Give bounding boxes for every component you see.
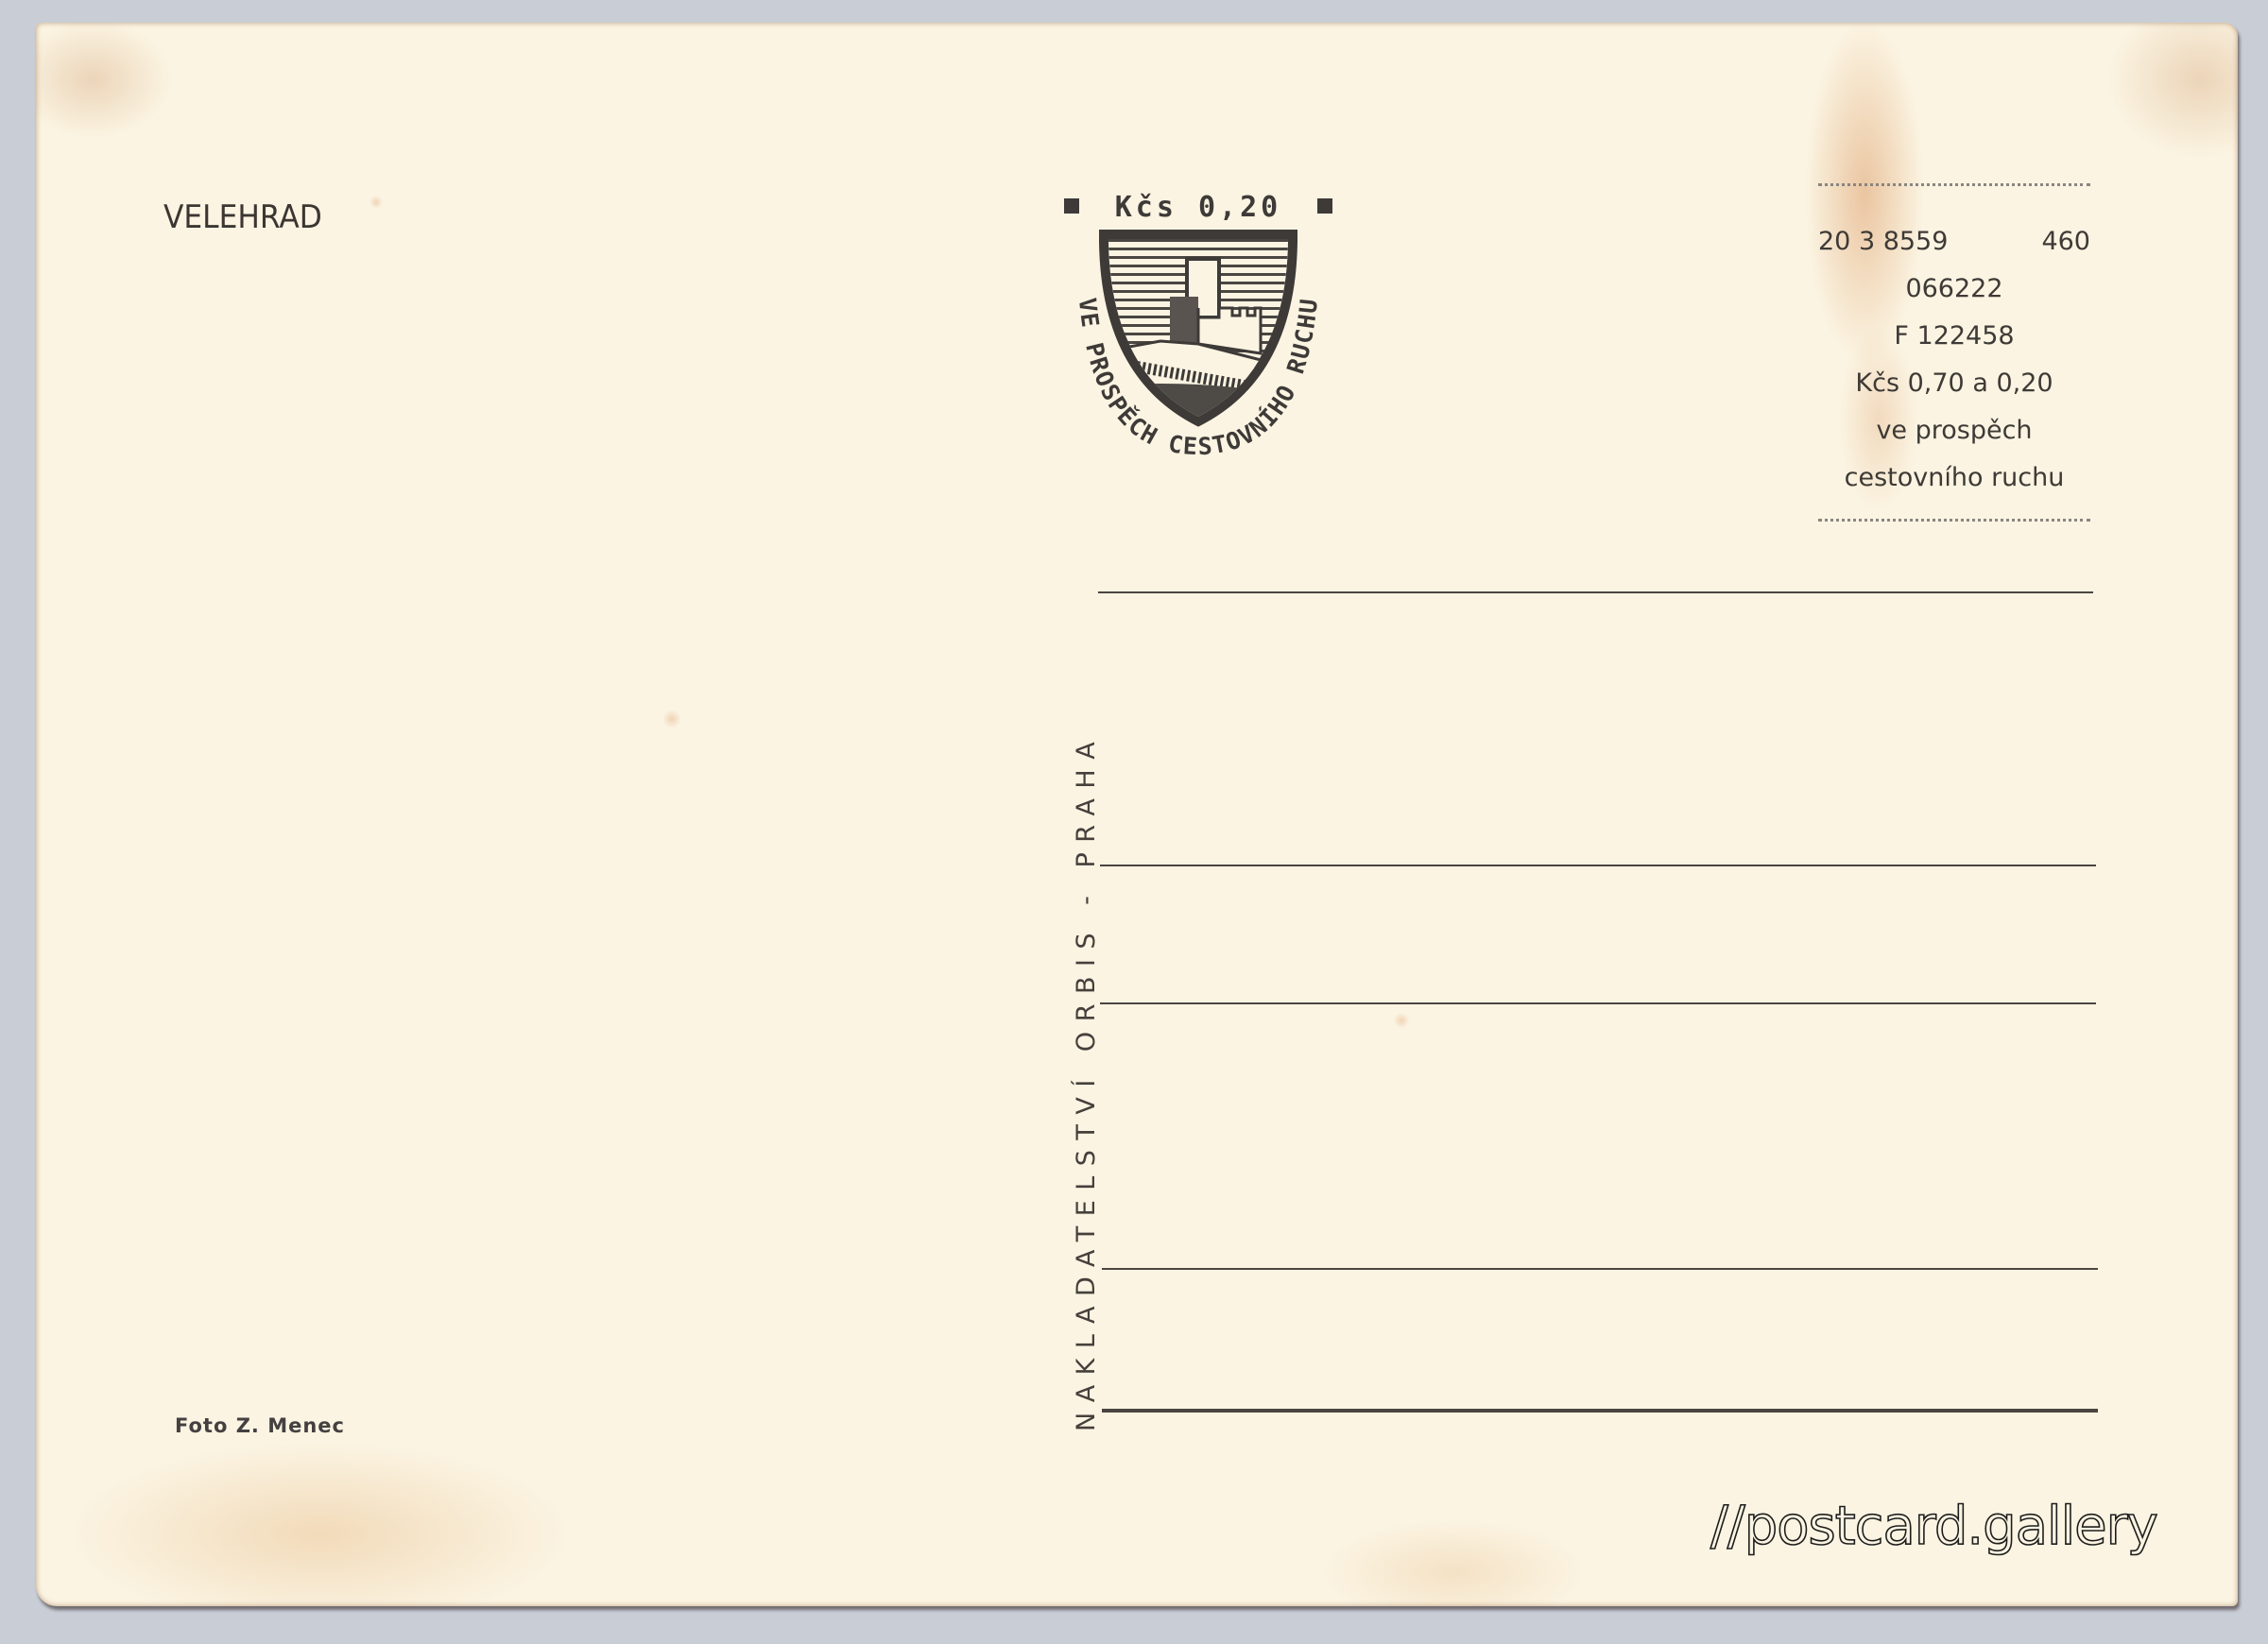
info-line: F 122458 (1813, 313, 2096, 360)
code-right: 460 (2041, 218, 2090, 265)
code-left: 20 3 8559 (1818, 218, 1948, 265)
tax-stamp: Kčs 0,20 VE PROSPĚCH CESTOVNÍHO RUCHU (1057, 185, 1340, 469)
svg-text:Kčs 0,20: Kčs 0,20 (1115, 191, 1282, 224)
dotted-divider-top (1818, 183, 2090, 186)
info-line: cestovního ruchu (1813, 454, 2096, 502)
publisher-imprint: NAKLADATELSTVÍ ORBIS - PRAHA (1072, 609, 1101, 1431)
castle-shield-icon: Kčs 0,20 VE PROSPĚCH CESTOVNÍHO RUCHU (1057, 185, 1340, 469)
postcard-back: VELEHRAD Kčs 0,20 VE PROSPĚCH CESTOVNÍHO… (36, 23, 2238, 1606)
address-line (1100, 1002, 2096, 1004)
info-line: Kčs 0,70 a 0,20 (1813, 360, 2096, 407)
dotted-divider-bottom (1818, 519, 2090, 522)
address-line (1100, 865, 2096, 866)
address-line (1102, 1268, 2098, 1270)
address-line (1098, 591, 2093, 593)
place-title: VELEHRAD (163, 198, 322, 236)
info-block: 20 3 8559 460 066222 F 122458 Kčs 0,70 a… (1813, 183, 2096, 522)
watermark: //postcard.gallery (1710, 1496, 2157, 1557)
address-line (1102, 1409, 2098, 1413)
info-line: ve prospěch (1813, 407, 2096, 454)
info-line: 066222 (1813, 265, 2096, 313)
photo-credit: Foto Z. Menec (175, 1414, 345, 1437)
info-codes: 20 3 8559 460 (1813, 218, 2096, 265)
